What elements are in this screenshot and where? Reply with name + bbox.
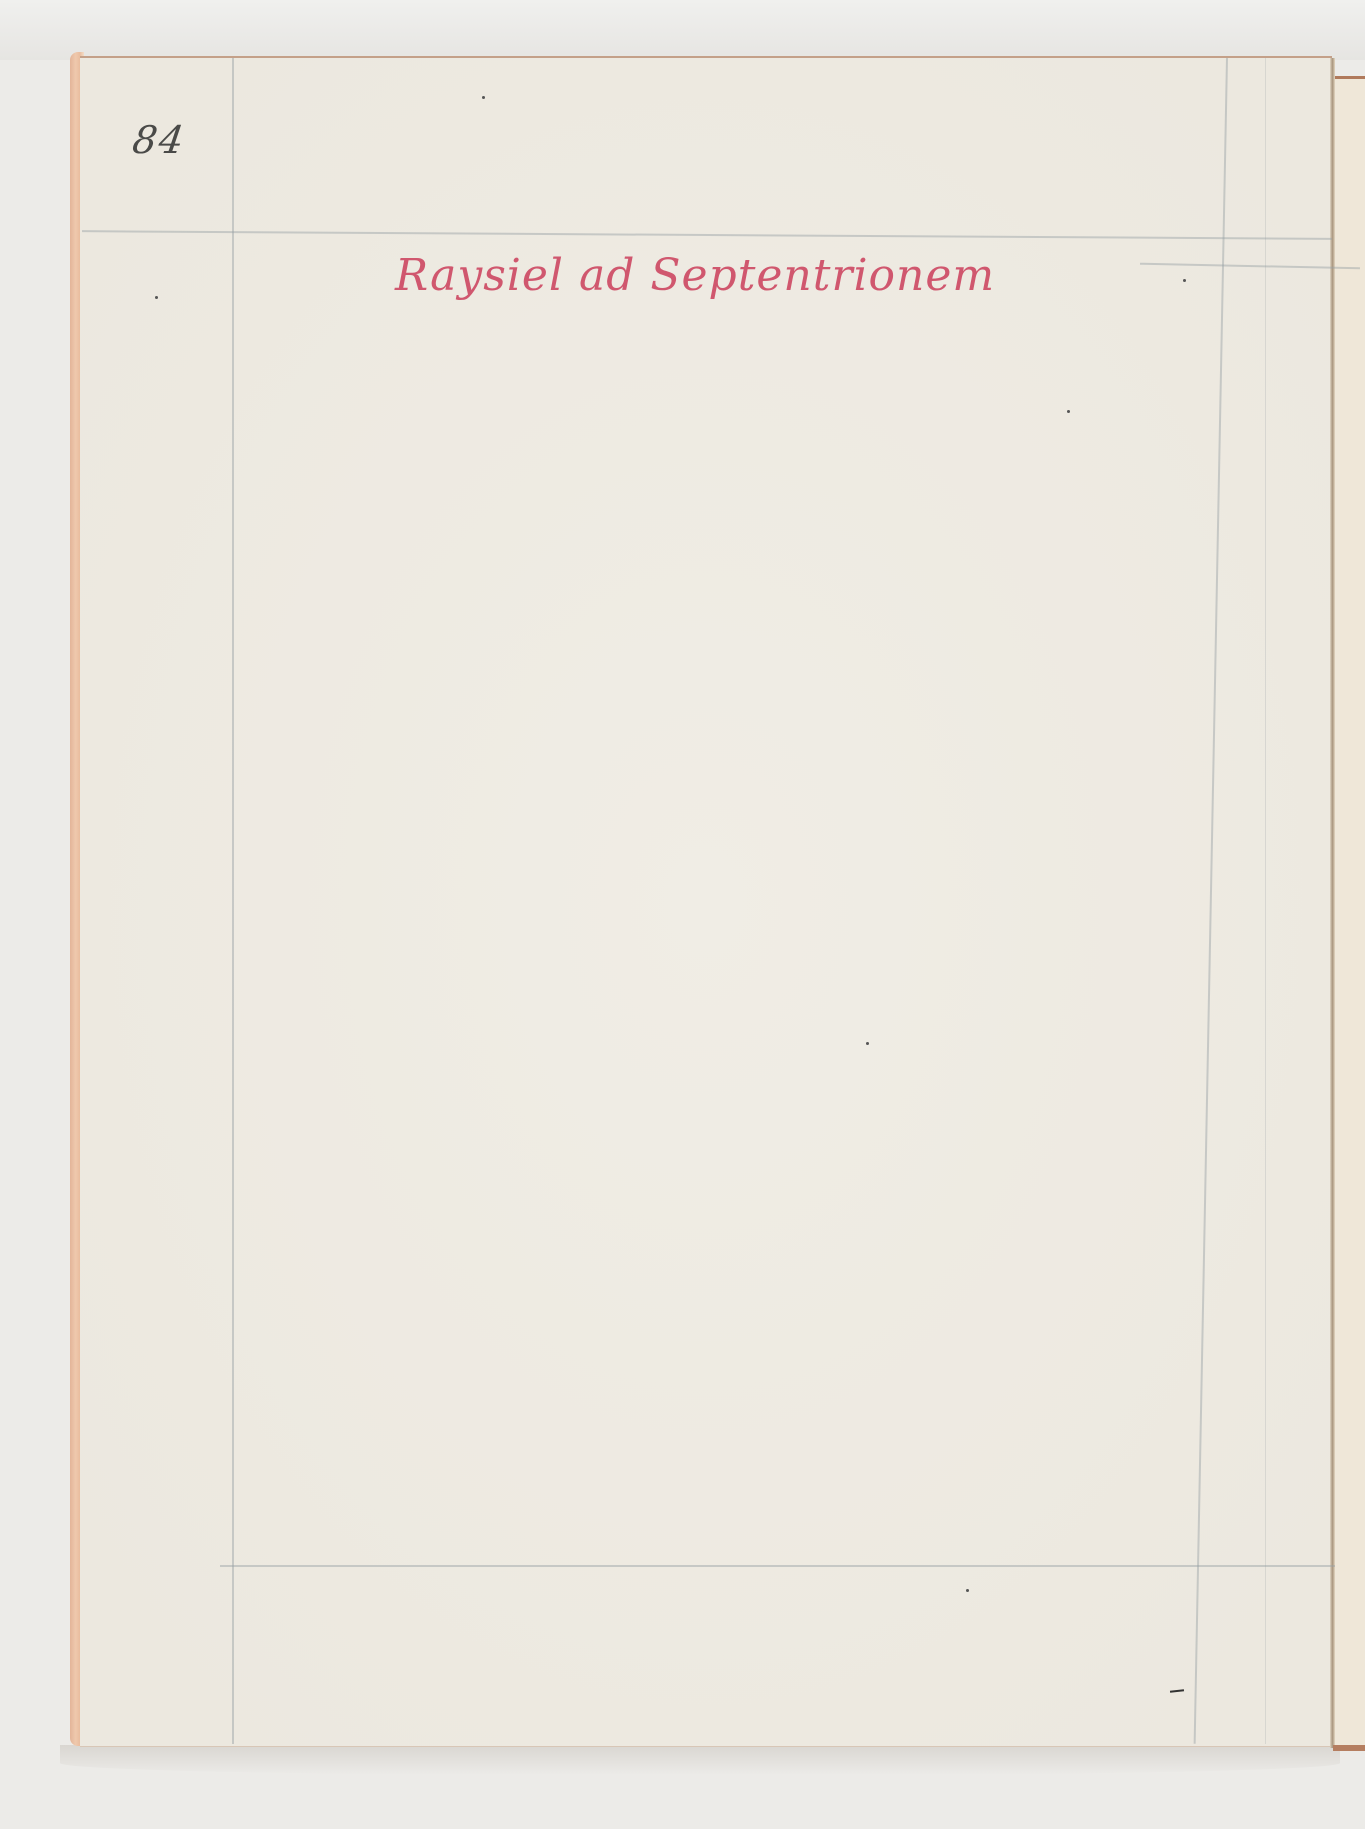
folio-number: 84 [130, 118, 189, 162]
ruled-margin-left [232, 58, 234, 1744]
page-heading: Raysiel ad Septentrionem [395, 250, 995, 301]
ink-speck [1183, 279, 1186, 282]
ink-speck [966, 1589, 969, 1592]
facing-page-bottom-edge [1333, 1745, 1365, 1751]
ink-speck [155, 296, 158, 299]
ink-speck [866, 1042, 869, 1045]
ruled-line-bottom [220, 1565, 1335, 1567]
backdrop [0, 0, 1365, 60]
ink-speck [482, 96, 485, 99]
page-shadow [60, 1745, 1340, 1775]
manuscript-page [80, 56, 1332, 1747]
ruled-margin-right-outer [1265, 58, 1266, 1744]
facing-page-edge [1335, 76, 1365, 1747]
ink-speck [1067, 410, 1070, 413]
